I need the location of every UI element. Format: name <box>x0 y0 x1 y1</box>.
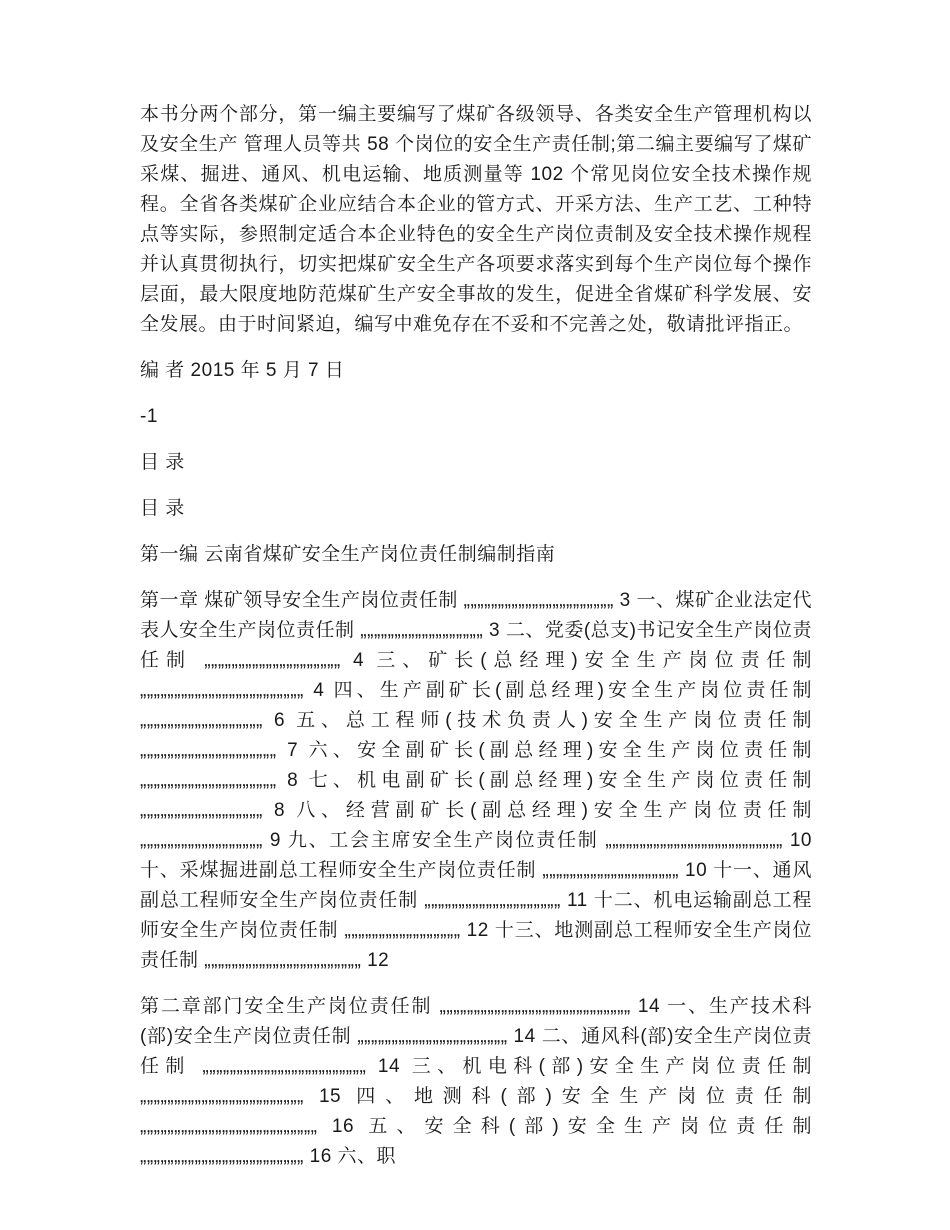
document-page: 本书分两个部分，第一编主要编写了煤矿各级领导、各类安全生产管理机构以及安全生产 … <box>0 0 950 1230</box>
page-number-line: -1 <box>140 402 812 432</box>
author-date-line: 编 者 2015 年 5 月 7 日 <box>140 356 812 386</box>
part-one-title: 第一编 云南省煤矿安全生产岗位责任制编制指南 <box>140 540 812 570</box>
toc-chapter2-block: 第二章部门安全生产岗位责任制 „„„„„„„„„„„„„„„„„„„„„„„„„… <box>140 992 812 1172</box>
toc-title-repeat: 目 录 <box>140 494 812 524</box>
intro-paragraph: 本书分两个部分，第一编主要编写了煤矿各级领导、各类安全生产管理机构以及安全生产 … <box>140 100 812 340</box>
toc-chapter1-block: 第一章 煤矿领导安全生产岗位责任制 „„„„„„„„„„„„„„„„„„„„„„… <box>140 586 812 976</box>
toc-title: 目 录 <box>140 448 812 478</box>
